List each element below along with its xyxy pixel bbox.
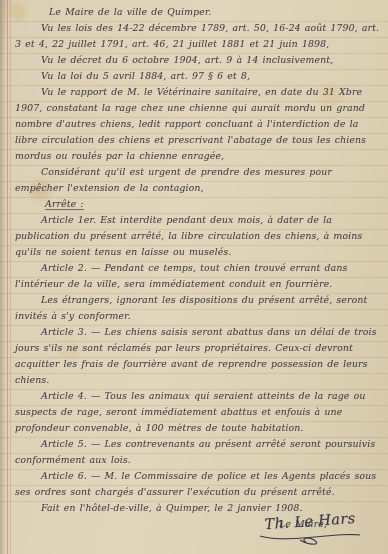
signature-flourish-icon xyxy=(256,530,364,546)
paragraph-arrete-heading: Arrête : xyxy=(15,197,383,213)
paragraph-vu-lois: Vu les lois des 14-22 décembre 1789, art… xyxy=(15,21,383,53)
mayor-signature: Th. Le Hars xyxy=(250,514,370,548)
document-title-line: Le Maire de la ville de Quimper. xyxy=(15,5,383,21)
paragraph-considerant: Considérant qu'il est urgent de prendre … xyxy=(15,165,383,197)
margin-rule-line xyxy=(7,0,11,554)
paragraph-article-3: Article 3. — Les chiens saisis seront ab… xyxy=(15,325,383,389)
paragraph-rapport-veterinaire: Vu le rapport de M. le Vétérinaire sanit… xyxy=(15,85,383,165)
paragraph-article-5: Article 5. — Les contrevenants au présen… xyxy=(15,437,383,469)
paragraph-article-4: Article 4. — Tous les animaux qui seraie… xyxy=(15,389,383,437)
paragraph-etrangers: Les étrangers, ignorant les dispositions… xyxy=(15,293,383,325)
paragraph-vu-loi-1884: Vu la loi du 5 avril 1884, art. 97 § 6 e… xyxy=(15,69,383,85)
manuscript-page: Le Maire de la ville de Quimper. Vu les … xyxy=(0,0,388,554)
manuscript-text-block: Le Maire de la ville de Quimper. Vu les … xyxy=(15,5,383,533)
paragraph-vu-decret: Vu le décret du 6 octobre 1904, art. 9 à… xyxy=(15,53,383,69)
binding-edge-shadow xyxy=(0,0,6,554)
paragraph-article-1: Article 1er. Est interdite pendant deux … xyxy=(15,213,383,261)
paragraph-article-6: Article 6. — M. le Commissaire de police… xyxy=(15,469,383,501)
paragraph-article-2: Article 2. — Pendant ce temps, tout chie… xyxy=(15,261,383,293)
